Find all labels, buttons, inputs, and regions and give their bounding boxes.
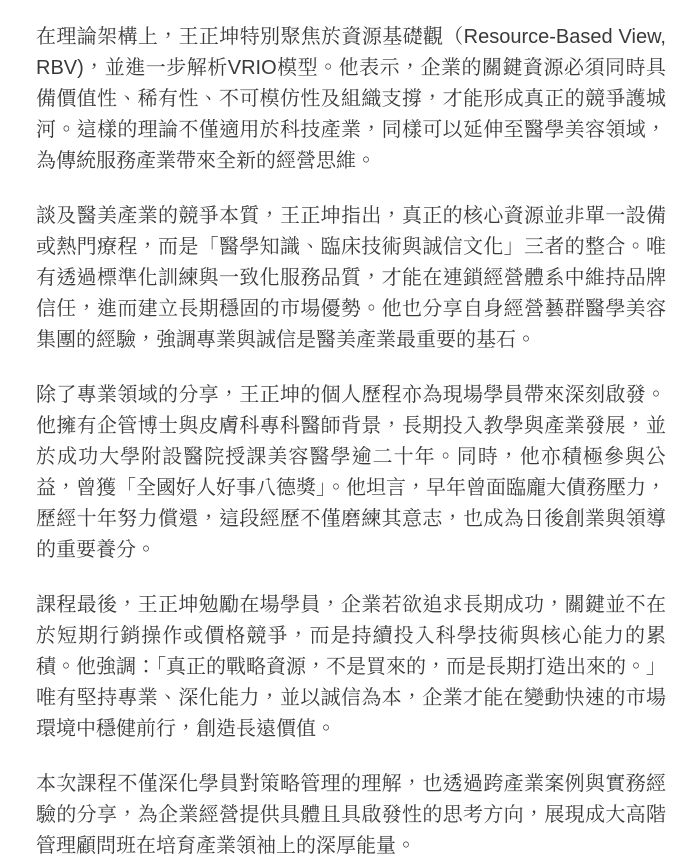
paragraph-personal-journey: 除了專業領域的分享，王正坤的個人歷程亦為現場學員帶來深刻啟發。他擁有企管博士與皮… <box>36 380 666 566</box>
paragraph-medical-aesthetics-competition: 談及醫美產業的競爭本質，王正坤指出，真正的核心資源並非單一設備或熱門療程，而是「… <box>36 201 666 356</box>
paragraph-closing-encouragement: 課程最後，王正坤勉勵在場學員，企業若欲追求長期成功，關鍵並不在於短期行銷操作或價… <box>36 590 666 745</box>
article-body: 在理論架構上，王正坤特別聚焦於資源基礎觀（Resource-Based View… <box>36 22 666 859</box>
paragraph-theory-rbv: 在理論架構上，王正坤特別聚焦於資源基礎觀（Resource-Based View… <box>36 22 666 177</box>
paragraph-course-summary: 本次課程不僅深化學員對策略管理的理解，也透過跨產業案例與實務經驗的分享，為企業經… <box>36 769 666 859</box>
document-page: 在理論架構上，王正坤特別聚焦於資源基礎觀（Resource-Based View… <box>0 0 698 859</box>
